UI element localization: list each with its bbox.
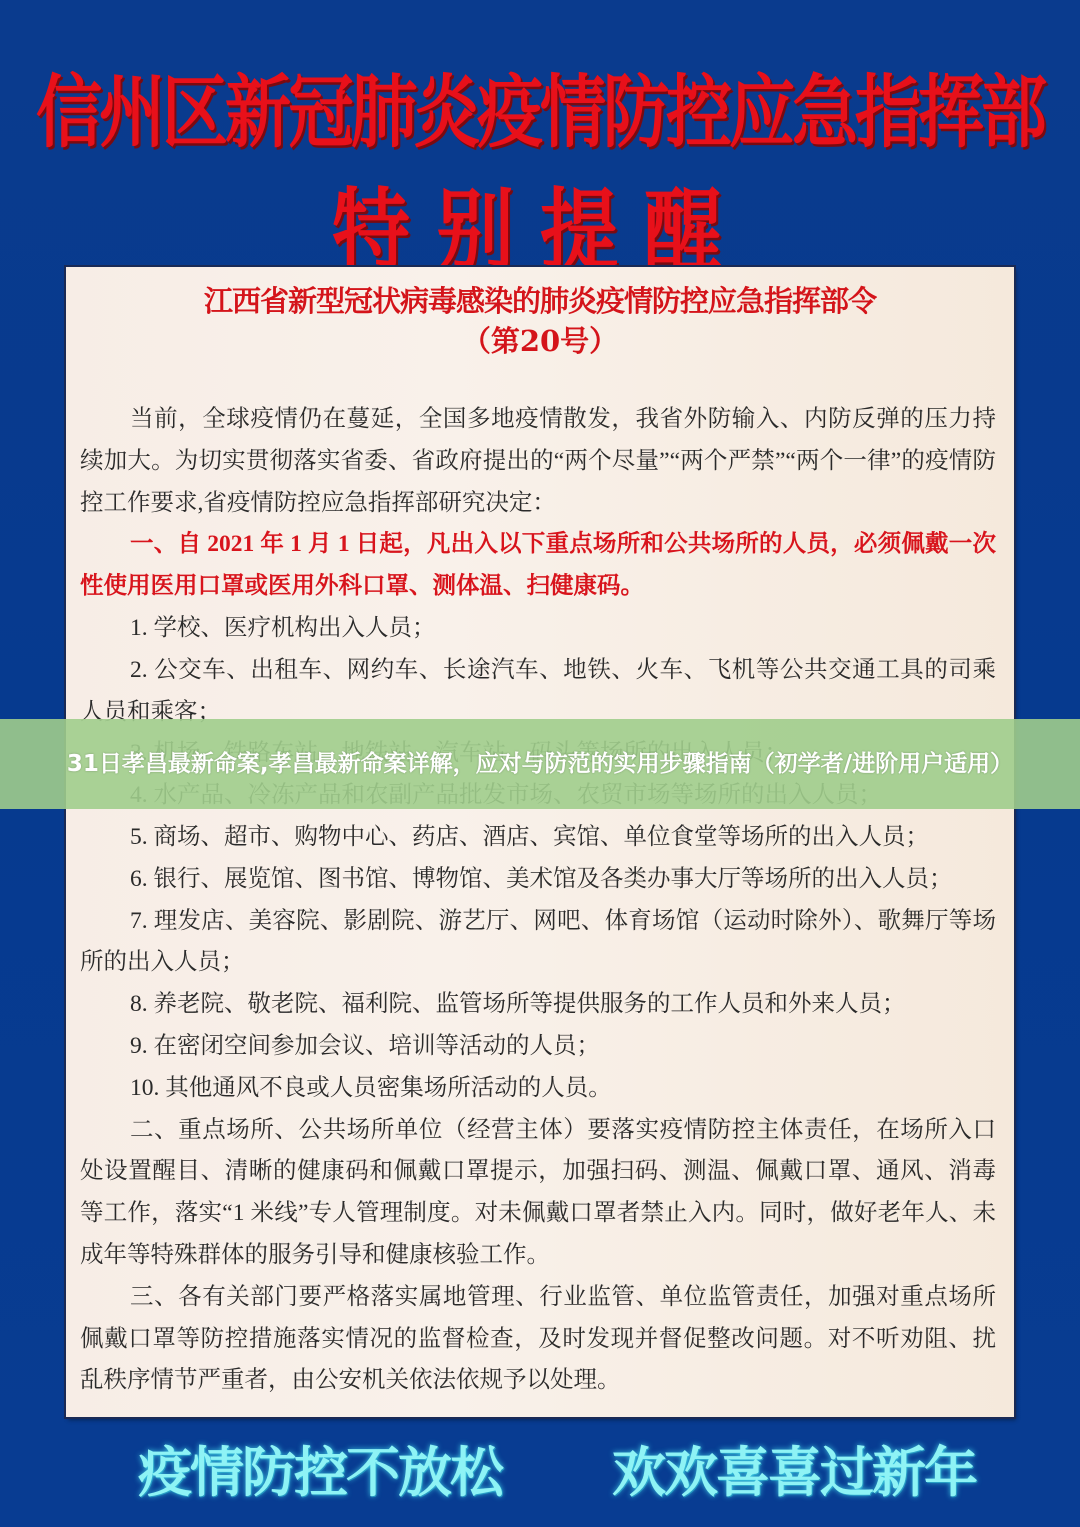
list-item: 7. 理发店、美容院、影剧院、游艺厅、网吧、体育场馆（运动时除外）、歌舞厅等场所…	[80, 901, 996, 985]
slogan-left: 疫情防控不放松	[138, 1430, 502, 1507]
list-item: 8. 养老院、敬老院、福利院、监管场所等提供服务的工作人员和外来人员；	[80, 984, 996, 1026]
list-item: 9. 在密闭空间参加会议、培训等活动的人员；	[80, 1026, 996, 1068]
list-item: 1. 学校、医疗机构出入人员；	[80, 608, 996, 650]
list-item: 6. 银行、展览馆、图书馆、博物馆、美术馆及各类办事大厅等场所的出入人员；	[80, 859, 996, 901]
article-title-banner[interactable]: 31日孝昌最新命案,孝昌最新命案详解，应对与防范的实用步骤指南（初学者/进阶用户…	[0, 719, 1080, 809]
section-1: 一、自 2021 年 1 月 1 日起，凡出入以下重点场所和公共场所的人员，必须…	[80, 524, 996, 608]
intro-paragraph: 当前，全球疫情仍在蔓延，全国多地疫情散发，我省外防输入、内防反弹的压力持续加大。…	[80, 399, 996, 524]
list-item: 10. 其他通风不良或人员密集场所活动的人员。	[80, 1068, 996, 1110]
poster-headline: 信州区新冠肺炎疫情防控应急指挥部	[0, 48, 1080, 162]
order-body: 当前，全球疫情仍在蔓延，全国多地疫情散发，我省外防输入、内防反弹的压力持续加大。…	[80, 399, 996, 1402]
order-title: 江西省新型冠状病毒感染的肺炎疫情防控应急指挥部令	[66, 279, 1014, 320]
slogan-right: 欢欢喜喜过新年	[612, 1430, 976, 1507]
list-item: 5. 商场、超市、购物中心、药店、酒店、宾馆、单位食堂等场所的出入人员；	[80, 817, 996, 859]
section-2: 二、重点场所、公共场所单位（经营主体）要落实疫情防控主体责任，在场所入口处设置醒…	[80, 1110, 996, 1277]
section-3: 三、各有关部门要严格落实属地管理、行业监管、单位监管责任，加强对重点场所佩戴口罩…	[80, 1277, 996, 1402]
article-title[interactable]: 31日孝昌最新命案,孝昌最新命案详解，应对与防范的实用步骤指南（初学者/进阶用户…	[10, 749, 1070, 779]
order-number: （第20号）	[66, 319, 1014, 360]
order-document: 江西省新型冠状病毒感染的肺炎疫情防控应急指挥部令 （第20号） 当前，全球疫情仍…	[66, 267, 1014, 1417]
